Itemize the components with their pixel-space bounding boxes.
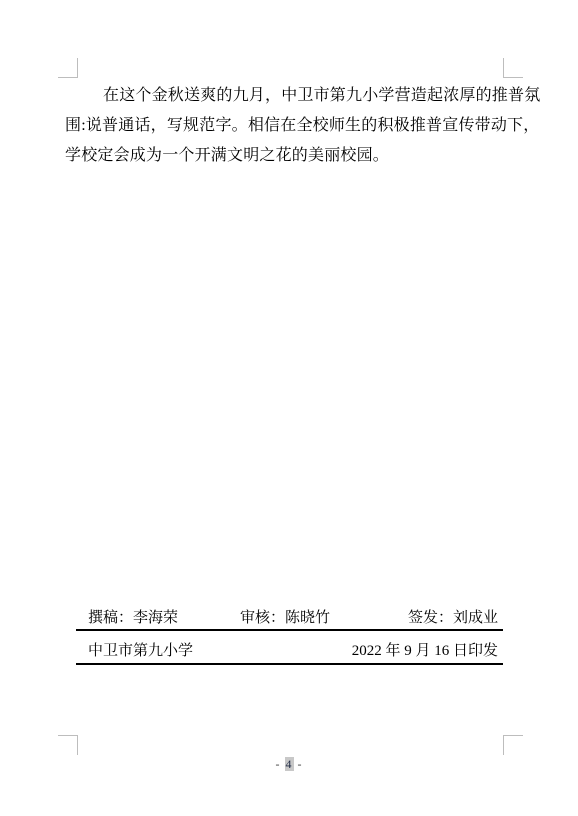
- footer-credits-row: 撰稿：李海荣 审核：陈晓竹 签发：刘成业: [77, 607, 503, 629]
- drafter-credit: 撰稿：李海荣: [88, 607, 178, 629]
- margin-crop-mark-bottom-left: [58, 735, 78, 755]
- body-paragraph: 在这个金秋送爽的九月，中卫市第九小学营造起浓厚的推普氛 围:说普通话，写规范字。…: [65, 81, 510, 171]
- page-number-prefix: -: [276, 757, 285, 771]
- issuer-credit: 签发：刘成业: [408, 607, 498, 629]
- body-paragraph-line-2: 围:说普通话，写规范字。相信在全校师生的积极推普宣传带动下，: [65, 111, 510, 141]
- issue-date: 2022 年 9 月 16 日印发: [352, 640, 498, 662]
- page-number-field: 4: [285, 757, 294, 771]
- margin-crop-mark-top-right: [503, 58, 523, 78]
- page-number-suffix: -: [294, 757, 303, 771]
- margin-crop-mark-top-left: [58, 58, 78, 78]
- issuing-organization: 中卫市第九小学: [88, 640, 193, 662]
- body-paragraph-line-3: 学校定会成为一个开满文明之花的美丽校园。: [65, 141, 510, 171]
- footer-issue-row: 中卫市第九小学 2022 年 9 月 16 日印发: [77, 640, 503, 662]
- footer-divider-top: [76, 629, 503, 631]
- document-page: 在这个金秋送爽的九月，中卫市第九小学营造起浓厚的推普氛 围:说普通话，写规范字。…: [0, 0, 578, 816]
- reviewer-credit: 审核：陈晓竹: [240, 607, 330, 629]
- footer-divider-bottom: [76, 663, 503, 665]
- margin-crop-mark-bottom-right: [503, 735, 523, 755]
- body-paragraph-line-1: 在这个金秋送爽的九月，中卫市第九小学营造起浓厚的推普氛: [65, 81, 510, 111]
- page-number: - 4 -: [0, 756, 578, 772]
